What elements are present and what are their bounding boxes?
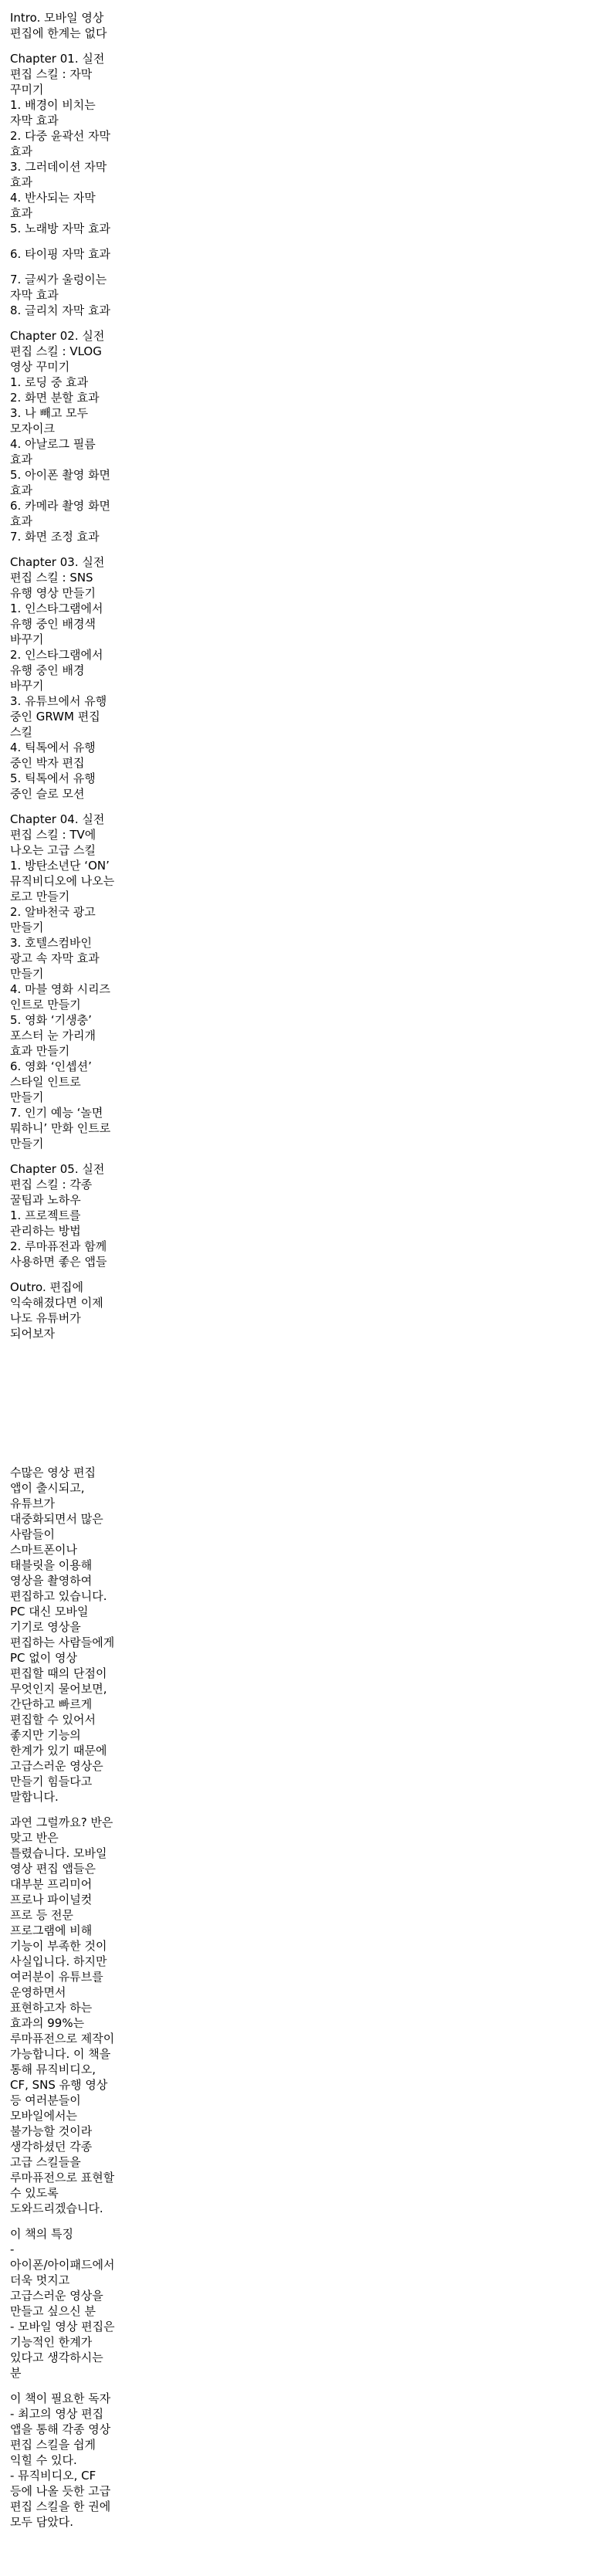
book-detail-text-column: Intro. 모바일 영상 편집에 한계는 없다 Chapter 01. 실전 … (0, 0, 133, 2530)
toc-chapter-03: Chapter 03. 실전 편집 스킬 : SNS 유행 영상 만들기 1. … (10, 554, 133, 802)
toc-chapter-04: Chapter 04. 실전 편집 스킬 : TV에 나오는 고급 스킬 1. … (10, 812, 133, 1151)
description-paragraph-1: 수많은 영상 편집 앱이 출시되고, 유튜브가 대중화되면서 많은 사람들이 스… (10, 1465, 133, 1805)
book-features: 이 책의 특징 - 아이폰/아이패드에서 더욱 멋지고 고급스러운 영상을 만들… (10, 2226, 133, 2381)
toc-chapter-05: Chapter 05. 실전 편집 스킬 : 각종 꿀팁과 노하우 1. 프로젝… (10, 1161, 133, 1269)
toc-intro: Intro. 모바일 영상 편집에 한계는 없다 (10, 10, 133, 41)
description-paragraph-2: 과연 그럴까요? 반은 맞고 반은 틀렸습니다. 모바일 영상 편집 앱들은 대… (10, 1815, 133, 2216)
toc-chapter-01: Chapter 01. 실전 편집 스킬 : 자막 꾸미기 1. 배경이 비치는… (10, 51, 133, 236)
page: { "page": { "background": "#ffffff", "te… (0, 0, 602, 2576)
target-readers: 이 책이 필요한 독자 - 최고의 영상 편집 앱을 통해 각종 영상 편집 스… (10, 2391, 133, 2530)
toc-chapter-02: Chapter 02. 실전 편집 스킬 : VLOG 영상 꾸미기 1. 로딩… (10, 328, 133, 544)
toc-outro: Outro. 편집에 익숙해졌다면 이제 나도 유튜버가 되어보자 (10, 1280, 133, 1341)
toc-chapter-01-item-6: 6. 타이핑 자막 효과 (10, 246, 133, 262)
toc-chapter-01-items-7-8: 7. 글씨가 울렁이는 자막 효과 8. 글리치 자막 효과 (10, 272, 133, 318)
